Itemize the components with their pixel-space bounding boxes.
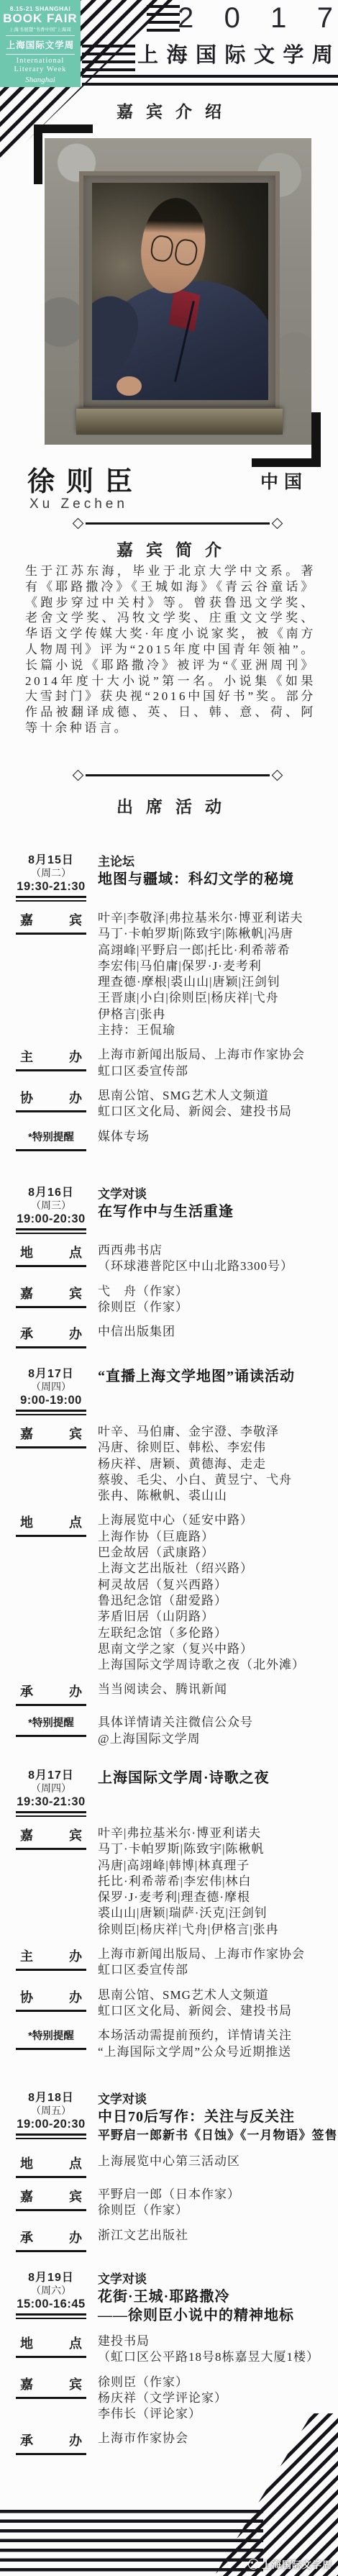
event-weekday: （周四）: [16, 1381, 86, 1393]
event-field-line: 左联纪念馆（多伦路）: [98, 1625, 334, 1641]
event-field-line: 弋 舟（作家）: [98, 1284, 334, 1300]
diamond-icon: [73, 770, 84, 781]
event-field-label: 嘉 宾: [16, 1424, 86, 1448]
diamond-icon: [73, 518, 84, 530]
event-title: 在写作中与生活重逢: [98, 1202, 334, 1221]
event-field-lines: 当当阅读会、腾讯新闻: [98, 1682, 334, 1697]
event-field-label: 承 办: [16, 2431, 86, 2455]
section-events: 出席活动: [0, 794, 338, 817]
event-field-line: 中信出版集团: [98, 1324, 334, 1340]
event-field-label: 地 点: [16, 2154, 86, 2178]
event-field-line: 虹口区委宣传部: [98, 1962, 334, 1978]
header-year: 2017: [178, 1, 333, 35]
event-title: 上海国际文学周·诗歌之夜: [98, 1769, 334, 1787]
event-field-line: 巴金故居（武康路）: [98, 1545, 334, 1561]
watermark-text: 上海国际文学周: [262, 2557, 332, 2571]
badge-divider: [6, 54, 75, 55]
badge-script-shanghai: Shanghai: [0, 76, 81, 84]
date-underline: [16, 1811, 86, 1817]
guest-country: 中国: [260, 468, 308, 494]
event-date: 8月19日: [16, 2271, 86, 2285]
event-field-label: 地 点: [16, 2334, 86, 2358]
event-date: 8月18日: [16, 2091, 86, 2105]
event-time: 19:30-21:30: [16, 879, 86, 894]
event-field-label: 承 办: [16, 1682, 86, 1706]
event-field-line: “上海国际文学周”公众号近期推送: [98, 2044, 334, 2060]
event-field-line: 思南文学之家（复兴中路）: [98, 1641, 334, 1657]
event: 8月19日（周六）15:00-16:45文学对谈花街·王城·耶路撒冷——徐则臣小…: [16, 2271, 334, 2455]
event-time: 9:00-19:00: [16, 1393, 86, 1407]
event-date: 8月15日: [16, 853, 86, 867]
guest-bio-text: 生于江苏东海，毕业于北京大学中文系。著有《耶路撒冷》《王城如海》《青云谷童话》《…: [25, 563, 316, 736]
event-head: 文学对谈中日70后写作：关注与反关注平野启一郎新书《日蚀》《一月物语》签售: [98, 2091, 338, 2145]
event-field-line: 茅盾旧居（山阴路）: [98, 1609, 334, 1625]
event-field-line: 马丁·卡帕罗斯|陈致宇|陈楸帆|冯唐: [98, 926, 334, 942]
event-time: 19:00-20:30: [16, 2117, 86, 2131]
event-field-lines: 本场活动需提前预约，详情请关注“上海国际文学周”公众号近期推送: [98, 2028, 334, 2060]
event-date-block: 8月19日（周六）15:00-16:45: [16, 2271, 86, 2319]
poster-page: 8.15-21 SHANGHAI BOOK FAIR 上海书展暨“书香中国”上海…: [0, 0, 338, 2576]
event-field-label: 嘉 宾: [16, 910, 86, 935]
event: 8月16日（周三）19:00-20:30文学对谈在写作中与生活重逢地 点西西弗书…: [16, 1186, 334, 1348]
event-head: 文学对谈花街·王城·耶路撒冷——徐则臣小说中的精神地标: [98, 2271, 334, 2325]
event-field-label: *特别提醒: [16, 1715, 86, 1737]
event-head: “直播上海文学地图”诵读活动: [98, 1367, 334, 1386]
event-field-label: 主 办: [16, 1946, 86, 1971]
event-field-line: 徐则臣|杨庆祥|弋舟|伊格言|张冉: [98, 1922, 334, 1938]
event-field-line: 叶辛、马伯庸、金宇澄、李敬泽: [98, 1424, 334, 1440]
event-field-line: 上海文艺出版社（绍兴路）: [98, 1561, 334, 1577]
event-field-line: 上海国际文学周诗歌之夜（北外滩）: [98, 1657, 334, 1673]
event-field-label: 承 办: [16, 2228, 86, 2252]
event-category: 文学对谈: [98, 1186, 334, 1202]
event-time: 19:00-20:30: [16, 1212, 86, 1226]
event-field-line: 理查德·摩根|裘山山|唐颖|汪剑钊: [98, 974, 334, 990]
event-field-line: 李宏伟|马伯庸|保罗·J·麦考利: [98, 958, 334, 974]
event-field-label: 嘉 宾: [16, 2187, 86, 2211]
event-field-line: 裘山山|唐颖|瑞萨·沃克|汪剑钊: [98, 1905, 334, 1921]
event-title: 花街·王城·耶路撒冷: [98, 2287, 334, 2306]
event-field-line: 杨庆祥（文学评论家）: [98, 2390, 334, 2406]
event-category: 文学对谈: [98, 2091, 338, 2108]
event-field-line: 上海展览中心第三活动区: [98, 2154, 338, 2169]
horizontal-stripes-decoration: [82, 75, 338, 86]
event-date: 8月17日: [16, 1367, 86, 1381]
date-underline: [16, 2313, 86, 2319]
event-title: 中日70后写作：关注与反关注: [98, 2108, 338, 2126]
date-underline: [16, 896, 86, 902]
watermark: 上海国际文学周: [248, 2557, 332, 2571]
guest-hand: [117, 376, 141, 396]
event-weekday: （周五）: [16, 2105, 86, 2117]
event-field-lines: 思南公馆、SMG艺术人文频道虹口区文化局、新阅会、建投书局: [98, 1987, 334, 2020]
diamond-divider: [74, 771, 281, 779]
event-head: 文学对谈在写作中与生活重逢: [98, 1186, 334, 1221]
event-field-lines: 西西弗书店（环球港普陀区中山北路3300号）: [98, 1243, 334, 1275]
event-field-line: 保罗·J·麦考利|理查德·摩根: [98, 1890, 334, 1905]
window-opening: [92, 183, 268, 400]
event-field-line: 上海作协（巨鹿路）: [98, 1529, 334, 1545]
event-time: 19:30-21:30: [16, 1795, 86, 1809]
event-field-label: 嘉 宾: [16, 1826, 86, 1850]
event-field-lines: 叶辛、马伯庸、金宇澄、李敬泽冯唐、徐则臣、韩松、李宏伟杨庆祥、唐颖、黄德海、走走…: [98, 1424, 334, 1504]
badge-title-cn: 上海国际文学周: [0, 38, 81, 51]
event-field-line: 柯灵故居（复兴西路）: [98, 1577, 334, 1593]
event-field-lines: 思南公馆、SMG艺术人文频道虹口区文化局、新阅会、建投书局: [98, 1088, 334, 1120]
event: 8月17日（周四）9:00-19:00“直播上海文学地图”诵读活动嘉 宾叶辛、马…: [16, 1367, 334, 1747]
event-date-block: 8月17日（周四）19:30-21:30: [16, 1769, 86, 1817]
event-field-line: 高翊峰|平野启一郎|托比·利希蒂希: [98, 943, 334, 958]
event-field-line: @上海国际文学周: [98, 1731, 334, 1747]
event-field-line: 鲁迅纪念馆（甜爱路）: [98, 1593, 334, 1609]
event-category: 主论坛: [98, 853, 334, 870]
event-field-label: 协 办: [16, 1088, 86, 1112]
event: 8月15日（周二）19:30-21:30主论坛地图与疆域：科幻文学的秘境嘉 宾叶…: [16, 853, 334, 1151]
event-field-line: 思南公馆、SMG艺术人文频道: [98, 1987, 334, 2003]
badge-title-en-line2: Literary Week: [0, 65, 81, 74]
event-date: 8月16日: [16, 1186, 86, 1199]
event-field-line: 主持：王侃瑜: [98, 1022, 334, 1038]
event-field-line: 具体详情请关注微信公众号: [98, 1715, 334, 1731]
event-field-line: 张冉、陈楸帆、裘山山: [98, 1488, 334, 1504]
event-field-line: 思南公馆、SMG艺术人文频道: [98, 1088, 334, 1104]
date-underline: [16, 1410, 86, 1415]
event-field-lines: 中信出版集团: [98, 1324, 334, 1340]
event-field-line: 上海展览中心（延安中路）: [98, 1513, 334, 1528]
event-title: ——徐则臣小说中的精神地标: [98, 2306, 334, 2325]
event-field-line: 伊格言|张冉: [98, 1007, 334, 1022]
event-field-line: 李伟长（评论家）: [98, 2406, 334, 2422]
event-field-line: （虹口区公平路18号8栋嘉昱大厦1楼）: [98, 2349, 334, 2365]
date-underline: [16, 2133, 86, 2139]
badge-divider: [6, 35, 75, 36]
event-title: 平野启一郎新书《日蚀》《一月物语》签售: [98, 2126, 338, 2145]
event-field-line: 叶辛|弗拉基米尔·博亚利诺夫: [98, 1826, 334, 1841]
event-field-line: 马丁·卡帕罗斯|陈致宇|陈楸帆: [98, 1841, 334, 1857]
diamond-icon: [272, 770, 283, 781]
horizontal-stripes-decoration: [147, 5, 180, 35]
event-field-line: 平野启一郎（日本作家）: [98, 2187, 338, 2203]
corner-bracket-icon: [252, 412, 321, 467]
event-field-lines: 上海展览中心（延安中路）上海作协（巨鹿路）巴金故居（武康路）上海文艺出版社（绍兴…: [98, 1513, 334, 1673]
event-field-lines: 平野启一郎（日本作家）徐则臣（作家）: [98, 2187, 338, 2219]
event-field-lines: 徐则臣（作家）杨庆祥（文学评论家）李伟长（评论家）: [98, 2375, 334, 2423]
event-field-line: 徐则臣（作家）: [98, 2203, 338, 2218]
event-field-lines: 弋 舟（作家）徐则臣（作家）: [98, 1284, 334, 1316]
event-field-line: 杨庆祥、唐颖、黄德海、走走: [98, 1456, 334, 1472]
date-underline: [16, 1228, 86, 1234]
badge-subtitle: 上海书展暨“书香中国”上海周: [0, 26, 81, 32]
event-category: 文学对谈: [98, 2271, 334, 2287]
event-field-line: 蔡骏、毛尖、小白、黄昱宁、弋舟: [98, 1472, 334, 1488]
event-field-label: 地 点: [16, 1243, 86, 1267]
badge-title-en-line1: International: [0, 57, 81, 65]
event-field-lines: 建投书局（虹口区公平路18号8栋嘉昱大厦1楼）: [98, 2334, 334, 2366]
horizontal-stripes-decoration: [82, 45, 135, 71]
event-field-line: 浙江文艺出版社: [98, 2228, 338, 2244]
event-field-lines: 媒体专场: [98, 1129, 334, 1145]
literary-week-logo-icon: [248, 2559, 259, 2570]
event-field-line: 西西弗书店: [98, 1243, 334, 1258]
event-field-line: 上海市新闻出版局、上海市作家协会: [98, 1047, 334, 1063]
event: 8月18日（周五）19:00-20:30文学对谈中日70后写作：关注与反关注平野…: [16, 2091, 334, 2252]
event-field-line: 叶辛|李敬泽|弗拉基米尔·博亚利诺夫: [98, 910, 334, 926]
event-field-line: 本场活动需提前预约，详情请关注: [98, 2028, 334, 2044]
event-field-label: *特别提醒: [16, 1129, 86, 1151]
event-field-line: 徐则臣（作家）: [98, 2375, 334, 2390]
event-field-line: 虹口区委宣传部: [98, 1063, 334, 1079]
event-field-line: 托比·利希蒂希|李宏伟|林白: [98, 1874, 334, 1890]
event-field-label: 主 办: [16, 1047, 86, 1071]
book-fair-badge: 8.15-21 SHANGHAI BOOK FAIR 上海书展暨“书香中国”上海…: [0, 0, 81, 87]
event-field-line: 徐则臣（作家）: [98, 1300, 334, 1315]
event-field-lines: 上海展览中心第三活动区: [98, 2154, 338, 2169]
event-date-block: 8月15日（周二）19:30-21:30: [16, 853, 86, 902]
event-weekday: （周三）: [16, 1199, 86, 1212]
event-weekday: （周六）: [16, 2285, 86, 2297]
event-date-block: 8月16日（周三）19:00-20:30: [16, 1186, 86, 1234]
event-weekday: （周二）: [16, 867, 86, 879]
badge-book-fair: BOOK FAIR: [0, 12, 81, 25]
event-field-lines: 浙江文艺出版社: [98, 2228, 338, 2244]
event-date-block: 8月18日（周五）19:00-20:30: [16, 2091, 86, 2139]
event-field-lines: 叶辛|李敬泽|弗拉基米尔·博亚利诺夫马丁·卡帕罗斯|陈致宇|陈楸帆|冯唐高翊峰|…: [98, 910, 334, 1038]
event-weekday: （周四）: [16, 1782, 86, 1795]
event-field-line: 虹口区文化局、新阅会、建投书局: [98, 2003, 334, 2019]
header-title: 上海国际文学周: [137, 42, 333, 69]
event-field-line: （环球港普陀区中山北路3300号）: [98, 1258, 334, 1274]
event-time: 15:00-16:45: [16, 2297, 86, 2311]
event-field-line: 冯唐、徐则臣、韩松、李宏伟: [98, 1440, 334, 1456]
event-field-lines: 上海市新闻出版局、上海市作家协会虹口区委宣传部: [98, 1047, 334, 1079]
event-field-line: 当当阅读会、腾讯新闻: [98, 1682, 334, 1697]
event-field-label: *特别提醒: [16, 2028, 86, 2050]
event-field-line: 冯唐|高翊峰|韩博|林真理子: [98, 1858, 334, 1874]
event-field-label: 协 办: [16, 1987, 86, 2012]
corner-bracket-icon: [34, 124, 93, 184]
event-field-lines: 上海市新闻出版局、上海市作家协会虹口区委宣传部: [98, 1946, 334, 1979]
event-field-lines: 叶辛|弗拉基米尔·博亚利诺夫马丁·卡帕罗斯|陈致宇|陈楸帆冯唐|高翊峰|韩博|林…: [98, 1826, 334, 1938]
event-field-line: 建投书局: [98, 2334, 334, 2349]
event-title: 地图与疆域：科幻文学的秘境: [98, 870, 334, 889]
diamond-divider: [74, 520, 281, 527]
event-field-lines: 具体详情请关注微信公众号@上海国际文学周: [98, 1715, 334, 1747]
event-date-block: 8月17日（周四）9:00-19:00: [16, 1367, 86, 1415]
event-field-line: 媒体专场: [98, 1129, 334, 1145]
section-guest-intro: 嘉宾介绍: [0, 99, 338, 122]
event-field-label: 嘉 宾: [16, 2375, 86, 2399]
event-head: 上海国际文学周·诗歌之夜: [98, 1769, 334, 1787]
event-field-label: 承 办: [16, 1324, 86, 1348]
diamond-icon: [272, 518, 283, 530]
event-field-label: 嘉 宾: [16, 1284, 86, 1308]
guest-name-cn: 徐则臣: [27, 459, 144, 499]
event-field-line: 上海市新闻出版局、上海市作家协会: [98, 1946, 334, 1962]
event-date: 8月17日: [16, 1769, 86, 1782]
event-field-label: 地 点: [16, 1513, 86, 1537]
event-head: 主论坛地图与疆域：科幻文学的秘境: [98, 853, 334, 889]
event-field-line: 王晋康|小白|徐则臣|杨庆祥|弋舟: [98, 990, 334, 1006]
event-field-line: 虹口区文化局、新阅会、建投书局: [98, 1104, 334, 1120]
event: 8月17日（周四）19:30-21:30上海国际文学周·诗歌之夜嘉 宾叶辛|弗拉…: [16, 1769, 334, 2060]
event-title: “直播上海文学地图”诵读活动: [98, 1367, 334, 1386]
guest-name-en: Xu Zechen: [29, 496, 128, 512]
section-bio: 嘉宾简介: [0, 537, 338, 561]
